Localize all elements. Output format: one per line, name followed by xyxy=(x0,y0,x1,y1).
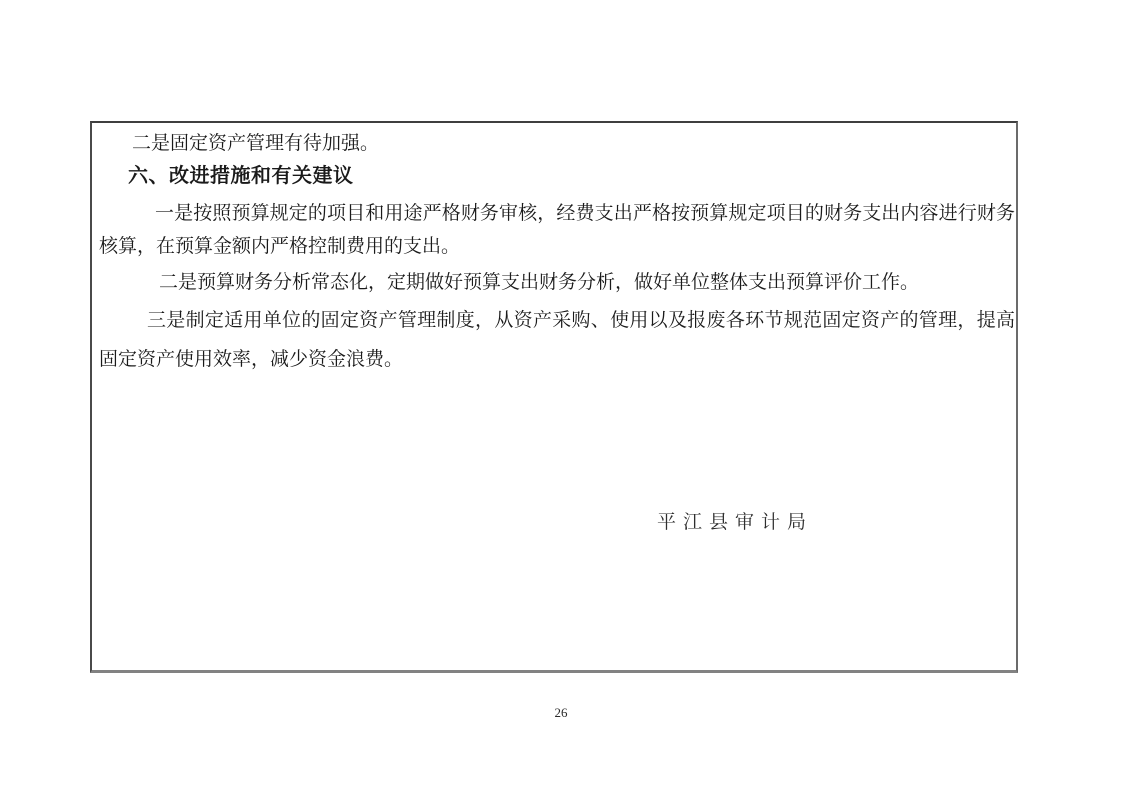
document-page: 二是固定资产管理有待加强。 六、改进措施和有关建议 一是按照预算规定的项目和用途… xyxy=(0,0,1122,793)
paragraph-1: 一是按照预算规定的项目和用途严格财务审核，经费支出严格按预算规定项目的财务支出内… xyxy=(99,197,1015,263)
agency-signature: 平江县审计局 xyxy=(657,511,813,535)
body-text-line: 二是固定资产管理有待加强。 xyxy=(132,132,379,156)
document-frame: 二是固定资产管理有待加强。 六、改进措施和有关建议 一是按照预算规定的项目和用途… xyxy=(90,121,1018,673)
page-number: 26 xyxy=(0,705,1122,721)
paragraph-3: 三是制定适用单位的固定资产管理制度，从资产采购、使用以及报废各环节规范固定资产的… xyxy=(99,301,1015,379)
section-heading: 六、改进措施和有关建议 xyxy=(128,164,354,189)
paragraph-2: 二是预算财务分析常态化，定期做好预算支出财务分析，做好单位整体支出预算评价工作。 xyxy=(99,266,1015,299)
